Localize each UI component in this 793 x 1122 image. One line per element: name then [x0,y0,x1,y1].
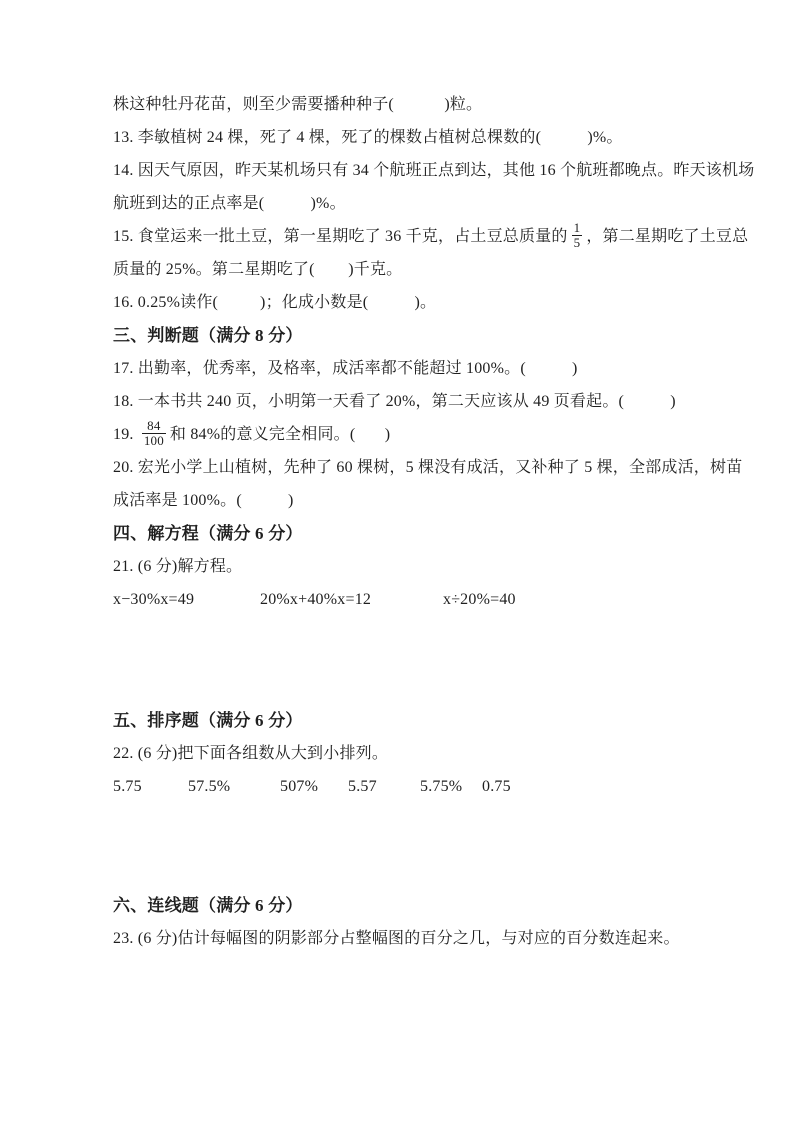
question-19-text: 和 84%的意义完全相同。( ) [170,426,390,443]
question-15-line1: 15. 食堂运来一批土豆，第一星期吃了 36 千克，占土豆总质量的15，第二星期… [113,220,713,253]
question-19-number: 19. [113,426,138,443]
section-5-heading: 五、排序题（满分 6 分） [113,704,713,737]
sort-number-6: 0.75 [482,770,511,803]
question-18: 18. 一本书共 240 页，小明第一天看了 20%，第二天应该从 49 页看起… [113,385,713,418]
equation-3: x÷20%=40 [443,583,516,616]
equation-2: 20%x+40%x=12 [260,583,371,616]
section-4-heading: 四、解方程（满分 6 分） [113,517,713,550]
question-17: 17. 出勤率，优秀率，及格率，成活率都不能超过 100%。( ) [113,352,713,385]
question-13: 13. 李敏植树 24 棵，死了 4 棵，死了的棵数占植树总棵数的( )%。 [113,121,713,154]
page-content: 株这种牡丹花苗，则至少需要播种种子( )粒。 13. 李敏植树 24 棵，死了 … [113,88,713,955]
question-19: 19. 84100和 84%的意义完全相同。( ) [113,418,713,451]
question-23: 23. (6 分)估计每幅图的阴影部分占整幅图的百分之几，与对应的百分数连起来。 [113,922,713,955]
exam-paper-page: 株这种牡丹花苗，则至少需要播种种子( )粒。 13. 李敏植树 24 棵，死了 … [0,0,793,1122]
question-15-line2: 质量的 25%。第二星期吃了( )千克。 [113,253,713,286]
question-22: 22. (6 分)把下面各组数从大到小排列。 [113,737,713,770]
sort-number-5: 5.75% [420,770,462,803]
fraction-numerator: 1 [572,221,583,236]
question-21: 21. (6 分)解方程。 [113,550,713,583]
question-12-continuation: 株这种牡丹花苗，则至少需要播种种子( )粒。 [113,88,713,121]
section-6-heading: 六、连线题（满分 6 分） [113,889,713,922]
sort-number-1: 5.75 [113,770,142,803]
equations-row: x−30%x=4920%x+40%x=12x÷20%=40 [113,583,713,616]
fraction-denominator: 5 [572,236,583,250]
fraction-84-100: 84100 [142,419,166,448]
equation-1: x−30%x=49 [113,583,194,616]
sort-numbers-row: 5.7557.5%507%5.575.75%0.75 [113,770,713,803]
sort-number-2: 57.5% [188,770,230,803]
section-3-heading: 三、判断题（满分 8 分） [113,319,713,352]
sort-number-3: 507% [280,770,318,803]
sort-number-4: 5.57 [348,770,377,803]
question-14-line1: 14. 因天气原因，昨天某机场只有 34 个航班正点到达，其他 16 个航班都晚… [113,154,713,187]
fraction-numerator: 84 [142,419,166,434]
fraction-denominator: 100 [142,434,166,448]
question-15-text-post: ，第二星期吃了土豆总 [586,228,748,245]
question-16: 16. 0.25%读作( )；化成小数是( )。 [113,286,713,319]
question-14-line2: 航班到达的正点率是( )%。 [113,187,713,220]
fraction-one-fifth: 15 [572,221,583,250]
question-20-line2: 成活率是 100%。( ) [113,484,713,517]
question-15-text-pre: 15. 食堂运来一批土豆，第一星期吃了 36 千克，占土豆总质量的 [113,228,568,245]
question-20-line1: 20. 宏光小学上山植树，先种了 60 棵树，5 棵没有成活，又补种了 5 棵，… [113,451,713,484]
